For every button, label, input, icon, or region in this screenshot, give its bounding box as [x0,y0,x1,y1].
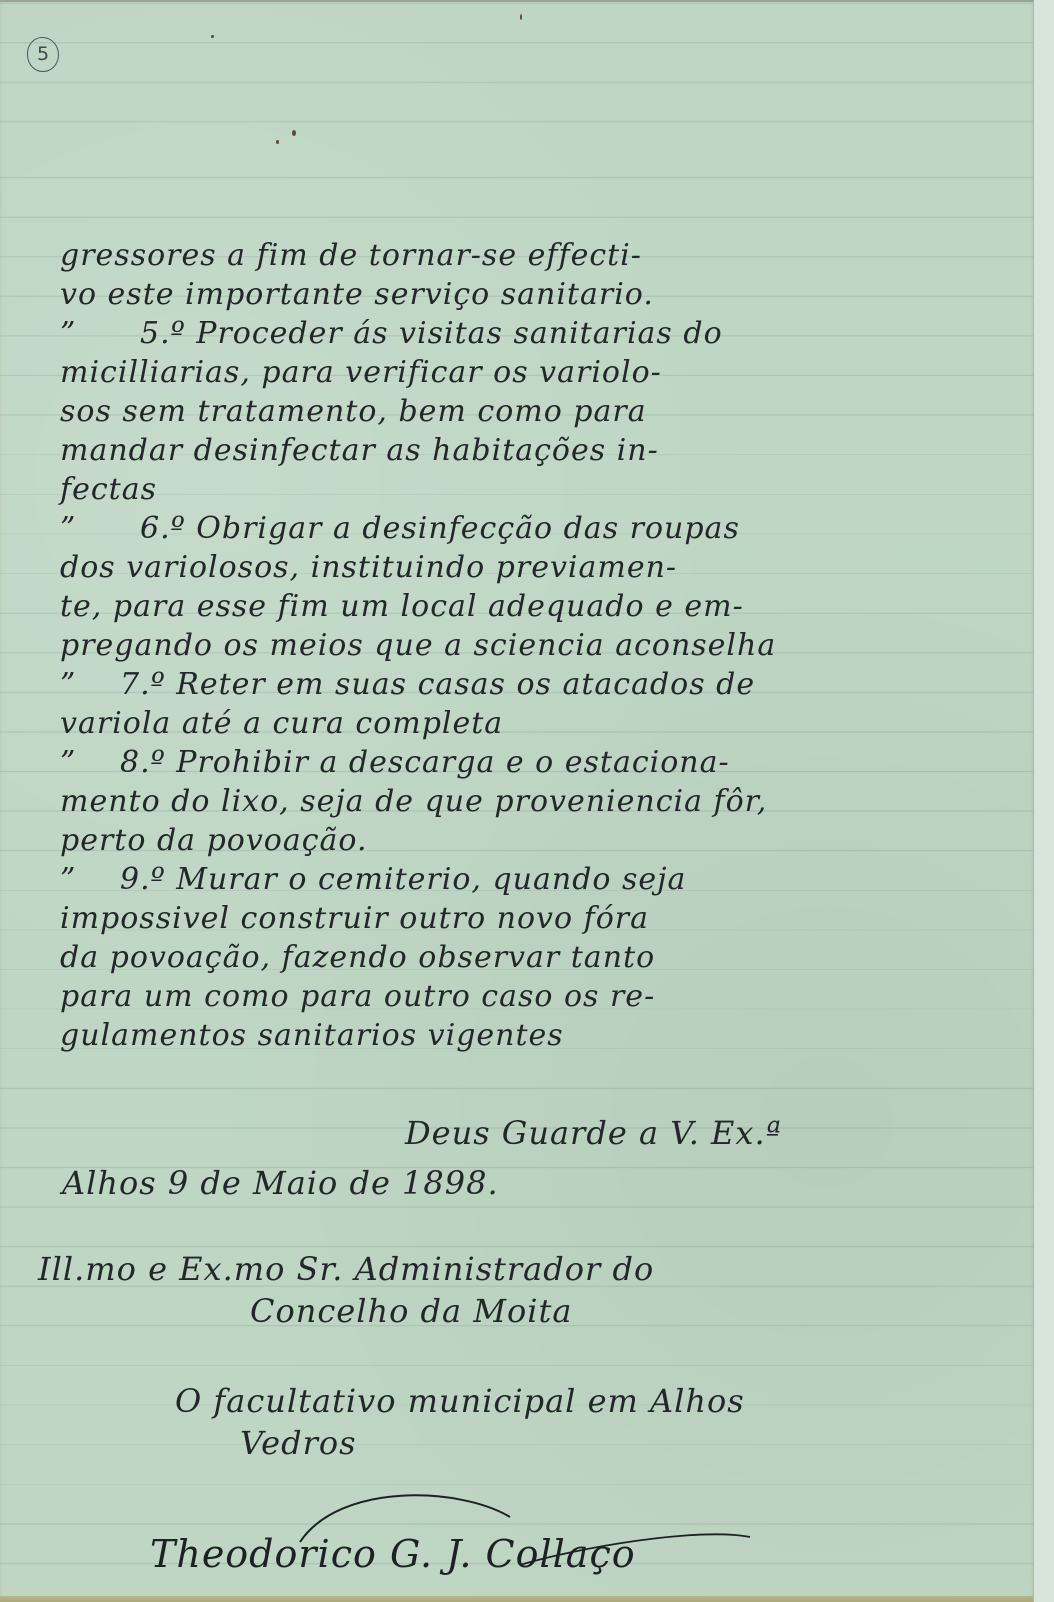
body-line: dos variolosos, instituindo previamen- [60,550,677,585]
paper-speck [276,140,279,144]
folio-number-circled: 5 [27,37,59,72]
line-text: 7.º Reter em suas casas os atacados de [120,667,755,702]
body-line: gressores a fim de tornar-se effecti- [60,238,642,273]
addressee-title: Ill.mo e Ex.mo Sr. Administrador do [38,1250,654,1288]
body-line: vo este importante serviço sanitario. [60,277,654,312]
addressee-office: Concelho da Moita [250,1292,572,1330]
line-text: te, para esse fim um local adequado e em… [60,589,744,624]
line-text: fectas [60,472,157,507]
body-line: da povoação, fazendo observar tanto [60,940,655,975]
line-text: 5.º Proceder ás visitas sanitarias do [140,316,723,351]
body-line: mandar desinfectar as habitações in- [60,433,659,468]
line-text: micilliarias, para verificar os variolo- [60,355,662,390]
ditto-mark: ” [60,667,100,702]
line-text: pregando os meios que a sciencia aconsel… [60,628,776,663]
sender-place: Vedros [240,1424,357,1462]
line-text: para um como para outro caso os re- [60,979,655,1014]
line-text: gulamentos sanitarios vigentes [60,1018,564,1053]
body-line: fectas [60,472,157,507]
body-line: ”6.º Obrigar a desinfecção das roupas [60,511,740,546]
body-line: micilliarias, para verificar os variolo- [60,355,662,390]
body-line: impossivel construir outro novo fóra [60,901,649,936]
line-text: 8.º Prohibir a descarga e o estaciona- [120,745,730,780]
body-line: para um como para outro caso os re- [60,979,655,1014]
line-text: 9.º Murar o cemiterio, quando seja [120,862,686,897]
body-line: ”9.º Murar o cemiterio, quando seja [60,862,686,897]
manuscript-page: 5 gressores a fim de tornar-se effecti- … [0,0,1034,1600]
body-line: perto da povoação. [60,823,368,858]
line-text: dos variolosos, instituindo previamen- [60,550,677,585]
line-text: variola até a cura completa [60,706,503,741]
body-line: variola até a cura completa [60,706,503,741]
body-line: ”7.º Reter em suas casas os atacados de [60,667,755,702]
line-text: vo este importante serviço sanitario. [60,277,654,312]
ditto-mark: ” [60,745,100,780]
paper-bottom-edge [0,1596,1033,1600]
line-text: da povoação, fazendo observar tanto [60,940,655,975]
line-text: mandar desinfectar as habitações in- [60,433,659,468]
salutation: Deus Guarde a V. Ex.ª [405,1114,782,1152]
ditto-mark: ” [60,316,100,351]
body-line: ”5.º Proceder ás visitas sanitarias do [60,316,723,351]
line-text: mento do lixo, seja de que proveniencia … [60,784,767,819]
line-text: impossivel construir outro novo fóra [60,901,649,936]
paper-speck [292,130,296,136]
body-line: mento do lixo, seja de que proveniencia … [60,784,767,819]
body-line: pregando os meios que a sciencia aconsel… [60,628,776,663]
body-line: sos sem tratamento, bem como para [60,394,647,429]
body-line: ”8.º Prohibir a descarga e o estaciona- [60,745,730,780]
line-text: gressores a fim de tornar-se effecti- [60,238,642,273]
body-line: gulamentos sanitarios vigentes [60,1018,564,1053]
ditto-mark: ” [60,862,100,897]
signature: Theodorico G. J. Collaço [150,1532,636,1576]
place-date: Alhos 9 de Maio de 1898. [62,1164,499,1202]
ditto-mark: ” [60,511,100,546]
paper-speck [520,14,522,20]
paper-speck [211,35,214,38]
line-text: sos sem tratamento, bem como para [60,394,647,429]
line-text: 6.º Obrigar a desinfecção das roupas [140,511,740,546]
body-line: te, para esse fim um local adequado e em… [60,589,744,624]
sender-title: O facultativo municipal em Alhos [175,1382,745,1420]
line-text: perto da povoação. [60,823,368,858]
